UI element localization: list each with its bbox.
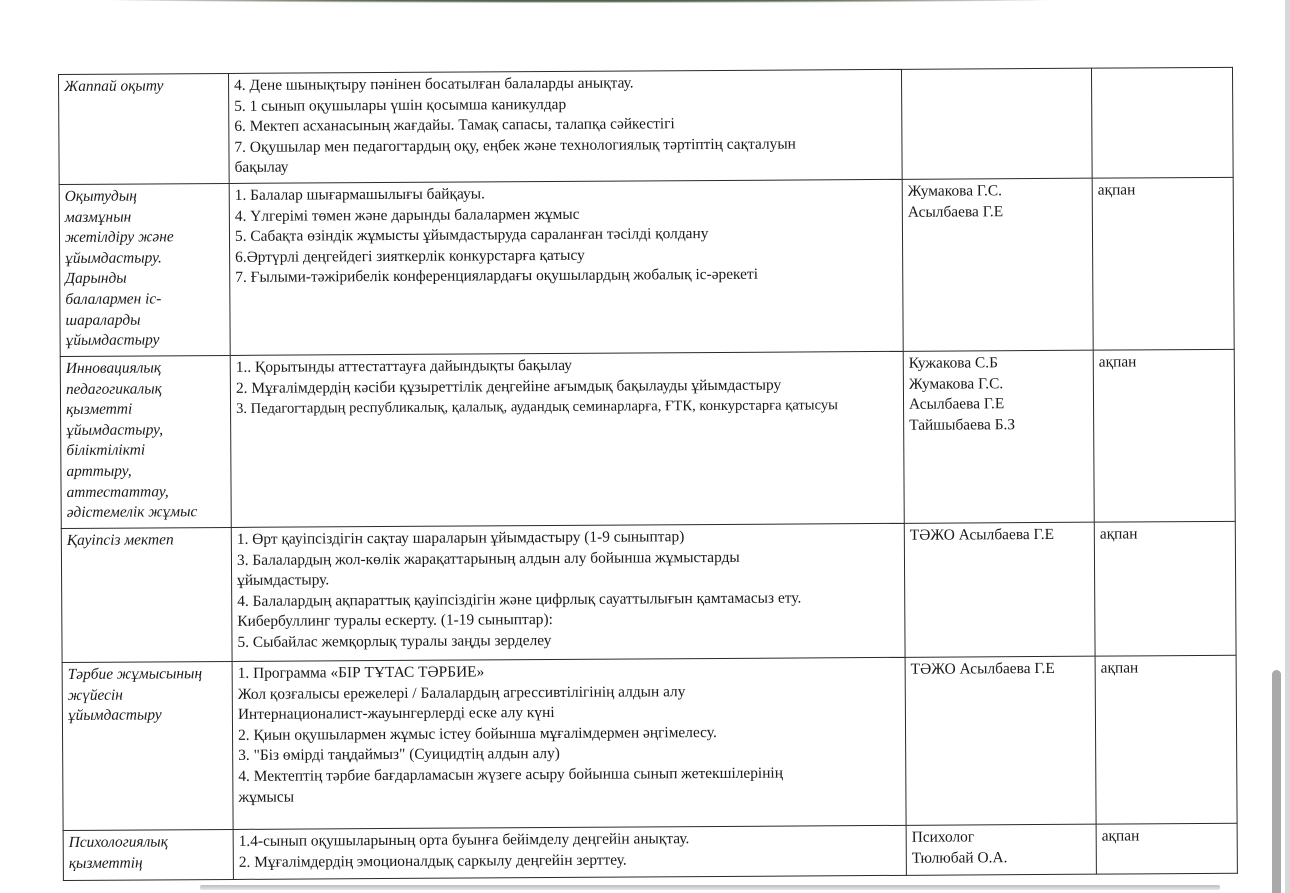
area-label-line: біліктілікті — [66, 440, 225, 462]
task-line: бақылау — [235, 154, 897, 179]
area-label-line: Дарынды — [65, 268, 224, 290]
work-plan-table: Жаппай оқыту 4. Дене шынықтыру пәнінен б… — [58, 67, 1238, 881]
responsible-person: Асылбаева Г.Е — [908, 201, 1087, 223]
responsible-person: Асылбаева Г.Е — [909, 394, 1088, 416]
deadline-cell — [1091, 67, 1233, 178]
responsible-person: Жумакова Г.С. — [909, 373, 1088, 395]
tasks-cell: 1. Балалар шығармашылығы байқауы.4. Үлге… — [229, 179, 903, 355]
responsible-cell — [901, 68, 1092, 179]
deadline-text: ақпан — [1101, 658, 1231, 679]
tasks-cell: 1. Өрт қауіпсіздігін сақтау шараларын ұй… — [231, 523, 905, 661]
responsible-cell: Кужакова С.БЖумакова Г.С.Асылбаева Г.ЕТа… — [903, 350, 1094, 523]
task-line: 7. Ғылыми-тәжірибелік конференциялардағы… — [235, 264, 897, 289]
area-label-line: балалармен іс- — [65, 289, 224, 311]
area-label-line: қызметтің — [69, 853, 228, 875]
table-row: Инновациялықпедагогикалыққызметтіұйымдас… — [60, 349, 1235, 528]
area-label-line: Психологиялық — [69, 832, 228, 854]
area-label-line: ұйымдастыру. — [65, 248, 224, 270]
table-row: Психологиялыққызметтің 1.4-сынып оқушыла… — [63, 823, 1237, 880]
area-cell: Жаппай оқыту — [59, 73, 230, 184]
table-row: Оқытудыңмазмұнынжетілдіру жәнеұйымдастыр… — [59, 177, 1234, 356]
area-label-line: Оқытудың — [65, 186, 224, 208]
area-label-line: педагогикалық — [66, 379, 225, 401]
area-label-line: ұйымдастыру — [68, 705, 227, 727]
responsible-person: Кужакова С.Б — [909, 353, 1088, 375]
deadline-text: ақпан — [1102, 826, 1232, 847]
deadline-text: ақпан — [1099, 352, 1229, 373]
responsible-person: ТӘЖО Асылбаева Г.Е — [910, 525, 1089, 547]
task-line: 5. Сыбайлас жемқорлық туралы заңды зерде… — [237, 629, 899, 654]
responsible-cell: Жумакова Г.С.Асылбаева Г.Е — [902, 178, 1093, 351]
deadline-text: ақпан — [1098, 180, 1228, 201]
area-label-line: ұйымдастыру, — [66, 420, 225, 442]
area-cell: Психологиялыққызметтің — [63, 829, 233, 880]
vertical-scrollbar-thumb[interactable] — [1272, 670, 1281, 893]
area-label-line: Инновациялық — [66, 358, 225, 380]
area-cell: Инновациялықпедагогикалыққызметтіұйымдас… — [60, 355, 231, 528]
responsible-cell: ПсихологТюлюбай О.А. — [906, 824, 1096, 875]
responsible-person: Психолог — [912, 827, 1091, 849]
page-bottom-edge — [200, 885, 1220, 890]
responsible-person: Тюлюбай О.А. — [912, 847, 1091, 869]
deadline-cell: ақпан — [1095, 655, 1237, 824]
area-cell: Оқытудыңмазмұнынжетілдіру жәнеұйымдастыр… — [59, 183, 230, 356]
responsible-person: ТӘЖО Асылбаева Г.Е — [911, 659, 1090, 681]
tasks-cell: 1. Программа «БІР ТҰТАС ТӘРБИЕ»Жол қозға… — [232, 657, 906, 829]
area-label-line: шараларды — [65, 310, 224, 332]
area-label-line: жетілдіру және — [65, 227, 224, 249]
tasks-cell: 1.. Қорытынды аттестаттауға дайындықты б… — [230, 351, 904, 527]
deadline-cell: ақпан — [1092, 177, 1234, 350]
area-label-line: Қауіпсіз мектеп — [67, 530, 226, 552]
task-line: 2. Мұғалімдердің эмоционалдық саркылу де… — [239, 848, 901, 873]
deadline-cell: ақпан — [1093, 349, 1235, 522]
deadline-text: ақпан — [1100, 524, 1230, 545]
area-cell: Тәрбие жұмысыныңжүйесінұйымдастыру — [62, 661, 233, 830]
responsible-cell: ТӘЖО Асылбаева Г.Е — [904, 522, 1095, 657]
area-label-line: аттестаттау, — [66, 482, 225, 504]
table-row: Тәрбие жұмысыныңжүйесінұйымдастыру 1. Пр… — [62, 655, 1237, 830]
table-row: Жаппай оқыту 4. Дене шынықтыру пәнінен б… — [59, 67, 1234, 184]
area-label-line: қызметті — [66, 399, 225, 421]
deadline-cell: ақпан — [1096, 823, 1237, 874]
page-top-shadow — [80, 0, 1080, 3]
tasks-cell: 1.4-сынып оқушыларының орта буынға бейім… — [233, 825, 906, 879]
area-cell: Қауіпсіз мектеп — [61, 527, 232, 662]
area-label-line: ұйымдастыру — [66, 330, 225, 352]
area-label-line: Жаппай оқыту — [64, 76, 223, 98]
area-label-line: арттыру, — [66, 461, 225, 483]
responsible-person: Жумакова Г.С. — [908, 181, 1087, 203]
area-label-line: Тәрбие жұмысының — [68, 664, 227, 686]
task-line: 3. Педагогтардың республикалық, қалалық,… — [236, 395, 898, 420]
area-label-line: мазмұнын — [65, 207, 224, 229]
area-label-line: әдістемелік жұмыс — [67, 502, 226, 524]
tasks-cell: 4. Дене шынықтыру пәнінен босатылған бал… — [228, 69, 902, 183]
deadline-cell: ақпан — [1094, 521, 1236, 656]
task-line: жұмысы — [238, 783, 900, 808]
responsible-cell: ТӘЖО Асылбаева Г.Е — [905, 656, 1096, 825]
area-label-line: жүйесін — [68, 685, 227, 707]
viewer-right-edge — [1285, 0, 1290, 893]
table-row: Қауіпсіз мектеп 1. Өрт қауіпсіздігін сақ… — [61, 521, 1236, 662]
deadline-text — [1097, 70, 1227, 71]
responsible-person: Тайшыбаева Б.З — [909, 414, 1088, 436]
